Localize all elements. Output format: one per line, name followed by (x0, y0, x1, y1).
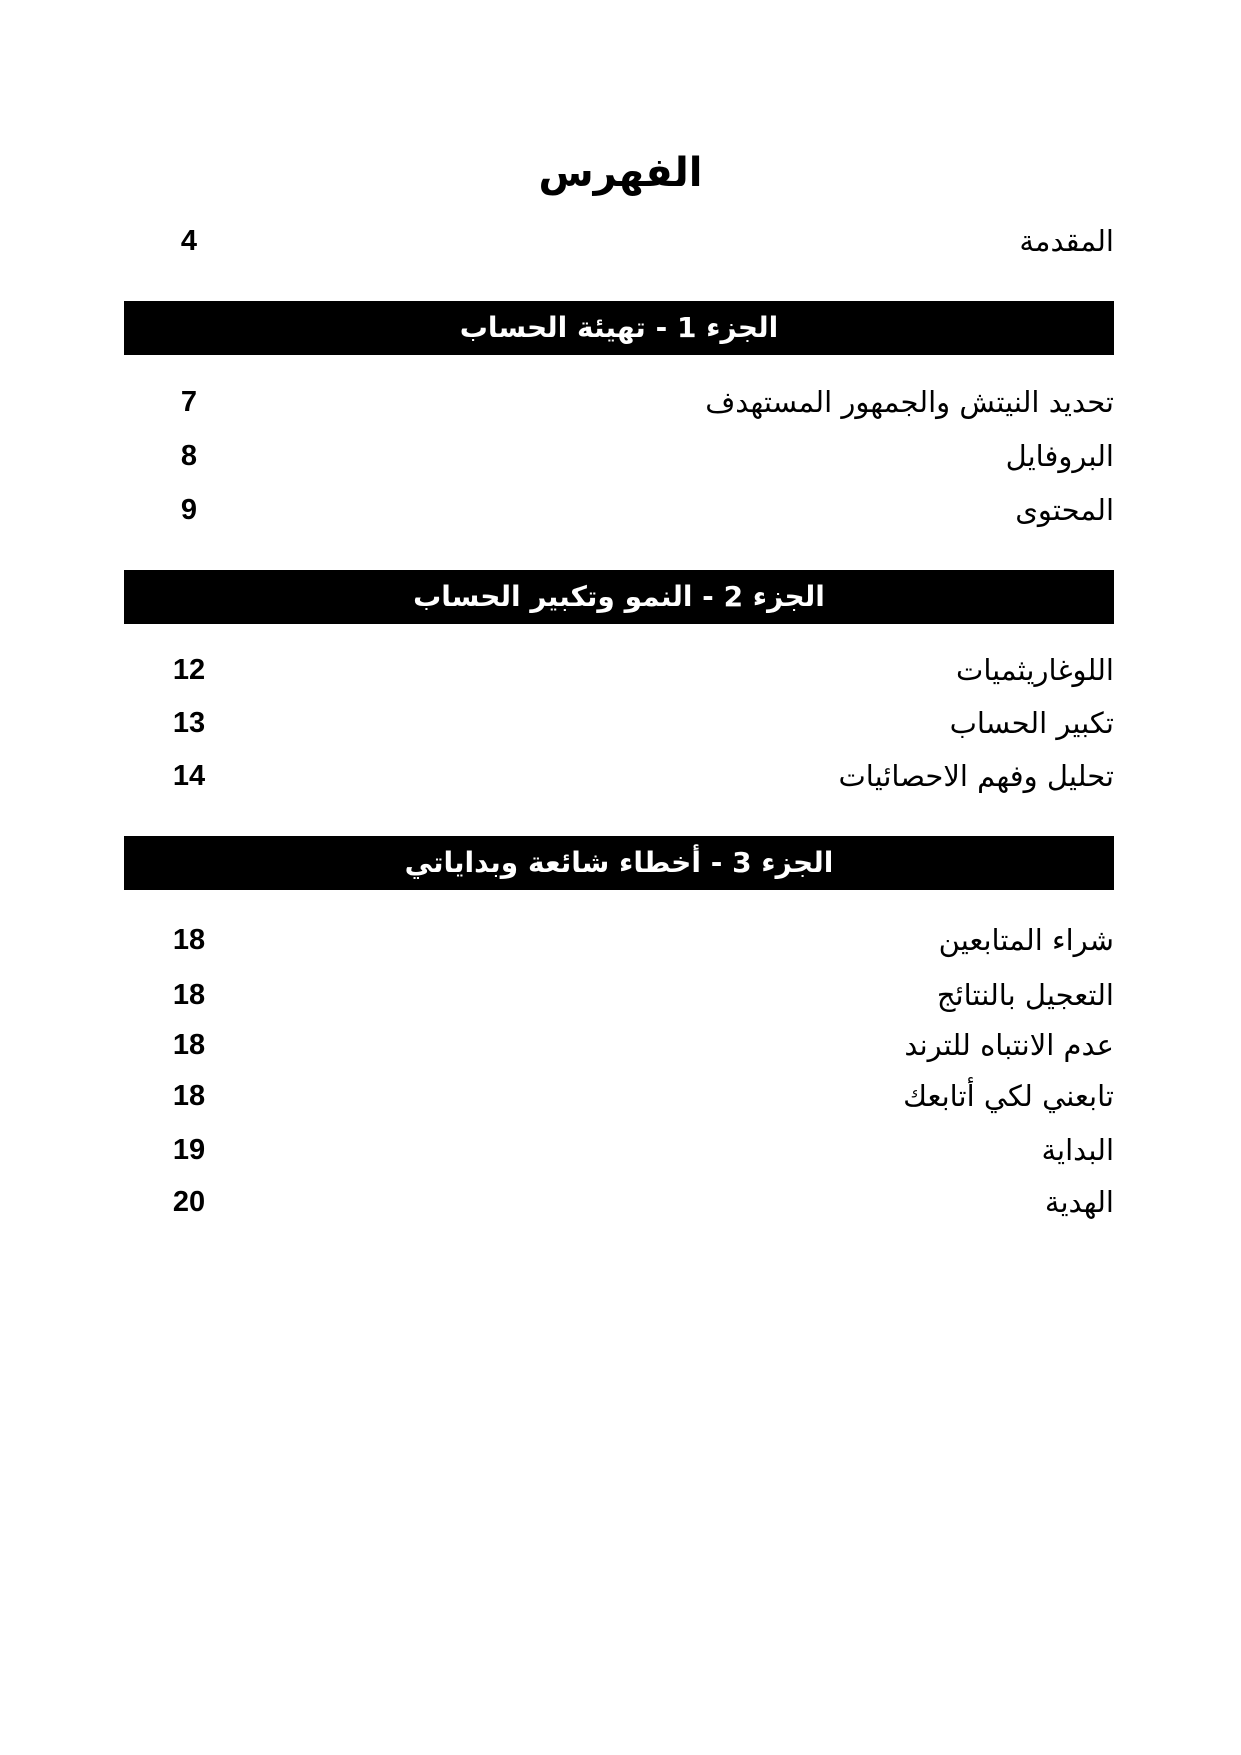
toc-page-number: 4 (154, 221, 224, 261)
toc-page-number: 18 (154, 920, 224, 960)
toc-page-number: 18 (154, 1025, 224, 1065)
toc-page-number: 7 (154, 382, 224, 422)
toc-entry-label: تحديد النيتش والجمهور المستهدف (705, 382, 1114, 422)
toc-page-number: 12 (154, 650, 224, 690)
toc-entry-label: البروفايل (1006, 436, 1114, 476)
toc-entry[interactable]: عدم الانتباه للترند 18 (124, 1025, 1114, 1065)
section-heading: الجزء 1 - تهيئة الحساب (124, 301, 1114, 355)
toc-entry-label: عدم الانتباه للترند (904, 1025, 1114, 1065)
toc-page-number: 18 (154, 1076, 224, 1116)
toc-entry[interactable]: تكبير الحساب 13 (124, 703, 1114, 743)
section-heading: الجزء 2 - النمو وتكبير الحساب (124, 570, 1114, 624)
toc-entry[interactable]: التعجيل بالنتائج 18 (124, 975, 1114, 1015)
toc-entry-label: تحليل وفهم الاحصائيات (838, 756, 1114, 796)
toc-entry[interactable]: البروفايل 8 (124, 436, 1114, 476)
toc-entry[interactable]: شراء المتابعين 18 (124, 920, 1114, 960)
toc-entry-label: الهدية (1045, 1182, 1114, 1222)
toc-entry-label: تكبير الحساب (950, 703, 1114, 743)
toc-page-number: 19 (154, 1130, 224, 1170)
toc-entry-intro[interactable]: المقدمة 4 (124, 221, 1114, 261)
section-header-part-3: الجزء 3 - أخطاء شائعة وبداياتي (124, 836, 1114, 890)
toc-entry[interactable]: تابعني لكي أتابعك 18 (124, 1076, 1114, 1116)
toc-entry-label: اللوغاريثميات (956, 650, 1114, 690)
toc-entry-label: شراء المتابعين (939, 920, 1114, 960)
toc-page-number: 14 (154, 756, 224, 796)
toc-entry[interactable]: تحديد النيتش والجمهور المستهدف 7 (124, 382, 1114, 422)
toc-entry-label: البداية (1041, 1130, 1114, 1170)
toc-page-number: 8 (154, 436, 224, 476)
toc-entry[interactable]: المحتوى 9 (124, 490, 1114, 530)
section-header-part-2: الجزء 2 - النمو وتكبير الحساب (124, 570, 1114, 624)
toc-entry-label: المحتوى (1015, 490, 1114, 530)
section-heading: الجزء 3 - أخطاء شائعة وبداياتي (124, 836, 1114, 890)
section-header-part-1: الجزء 1 - تهيئة الحساب (124, 301, 1114, 355)
page-title: الفهرس (0, 145, 1241, 201)
toc-entry[interactable]: البداية 19 (124, 1130, 1114, 1170)
toc-page-number: 20 (154, 1182, 224, 1222)
toc-entry-label: المقدمة (1019, 221, 1114, 261)
toc-page-number: 13 (154, 703, 224, 743)
toc-entry[interactable]: الهدية 20 (124, 1182, 1114, 1222)
toc-page-number: 9 (154, 490, 224, 530)
toc-entry-label: التعجيل بالنتائج (937, 975, 1114, 1015)
toc-page-number: 18 (154, 975, 224, 1015)
toc-entry-label: تابعني لكي أتابعك (903, 1076, 1114, 1116)
toc-entry[interactable]: تحليل وفهم الاحصائيات 14 (124, 756, 1114, 796)
toc-entry[interactable]: اللوغاريثميات 12 (124, 650, 1114, 690)
